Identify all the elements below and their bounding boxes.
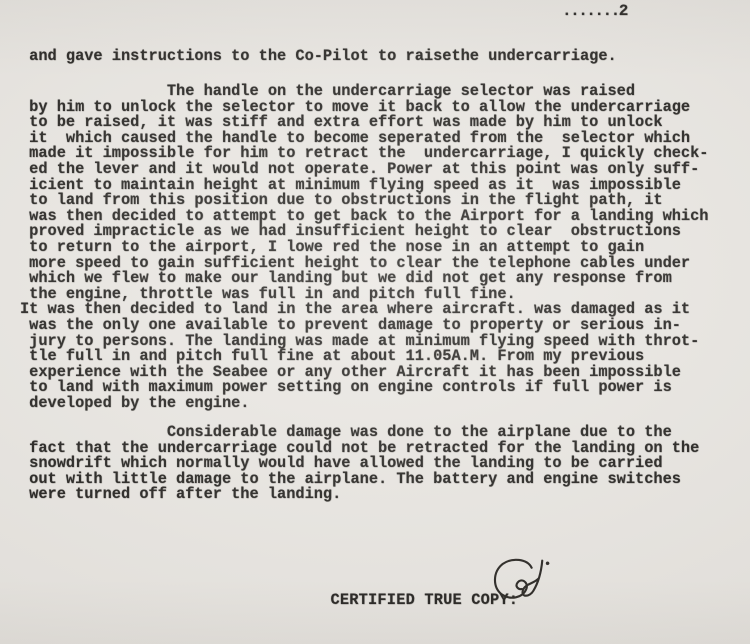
signature-letter-c bbox=[495, 560, 532, 598]
body-paragraph-damage: Considerable damage was done to the airp… bbox=[20, 425, 699, 503]
signature-initials bbox=[490, 555, 552, 607]
page-number: .......2 bbox=[562, 4, 627, 20]
intro-line: and gave instructions to the Co-Pilot to… bbox=[20, 49, 617, 65]
body-paragraph-main: The handle on the undercarriage selector… bbox=[20, 84, 708, 411]
certification-line: CERTIFIED TRUE COPY: bbox=[293, 577, 518, 639]
document-page: .......2 and gave instructions to the Co… bbox=[0, 0, 750, 644]
signature-period bbox=[546, 562, 549, 565]
